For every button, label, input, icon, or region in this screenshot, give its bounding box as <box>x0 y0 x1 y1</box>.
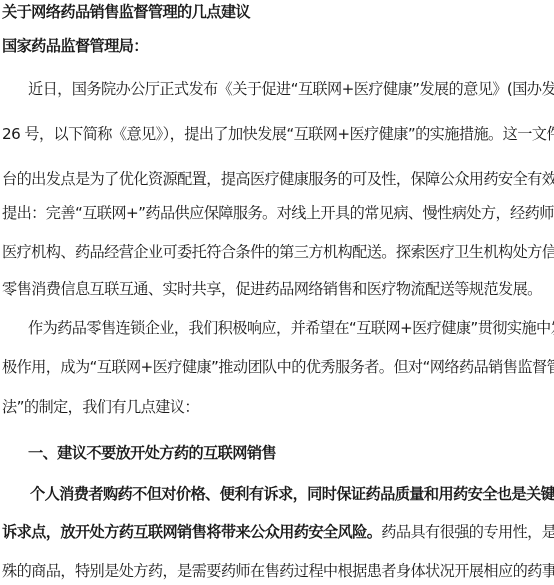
normal-text: 药品具有很强的专用性，是特 <box>381 523 554 541</box>
paragraph-line: 零售消费信息互联互通、实时共享，促进药品网络销售和医疗物流配送等规范发展。 <box>2 279 542 299</box>
paragraph-line: 法”的制定，我们有几点建议： <box>2 397 199 417</box>
paragraph-line: 提出：完善“互联网+”药品供应保障服务。对线上开具的常见病、慢性病处方，经药师审… <box>2 203 554 223</box>
addressee: 国家药品监督管理局： <box>2 36 148 56</box>
paragraph-line: 殊的商品，特别是处方药，是需要药师在售药过程中根据患者身体状况开展相应的药事服务… <box>2 561 554 581</box>
paragraph-line: 医疗机构、药品经营企业可委托符合条件的第三方机构配送。探索医疗卫生机构处方信息与… <box>2 242 554 262</box>
paragraph-line: 个人消费者购药不但对价格、便利有诉求，同时保证药品质量和用药安全也是关键 <box>30 484 554 504</box>
section-heading: 一、建议不要放开处方药的互联网销售 <box>28 443 276 463</box>
paragraph-line: 台的出发点是为了优化资源配置，提高医疗健康服务的可及性，保障公众用药安全有效。《… <box>2 169 554 189</box>
emphasis-text: 诉求点，放开处方药互联网销售将带来公众用药安全风险。 <box>2 523 381 541</box>
paragraph-line: 诉求点，放开处方药互联网销售将带来公众用药安全风险。药品具有很强的专用性，是特 <box>2 522 554 542</box>
paragraph-line: 作为药品零售连锁企业，我们积极响应，并希望在“互联网+医疗健康”贯彻实施中发挥积 <box>28 318 554 338</box>
paragraph-line: 极作用，成为“互联网+医疗健康”推动团队中的优秀服务者。但对“网络药品销售监督管… <box>2 357 554 377</box>
paragraph-line: 近日，国务院办公厅正式发布《关于促进“互联网+医疗健康”发展的意见》(国办发【2… <box>28 79 554 99</box>
document-title: 关于网络药品销售监督管理的几点建议 <box>2 2 250 22</box>
paragraph-line: 26 号，以下简称《意见》），提出了加快发展“互联网+医疗健康”的实施措施。这一… <box>2 124 554 144</box>
